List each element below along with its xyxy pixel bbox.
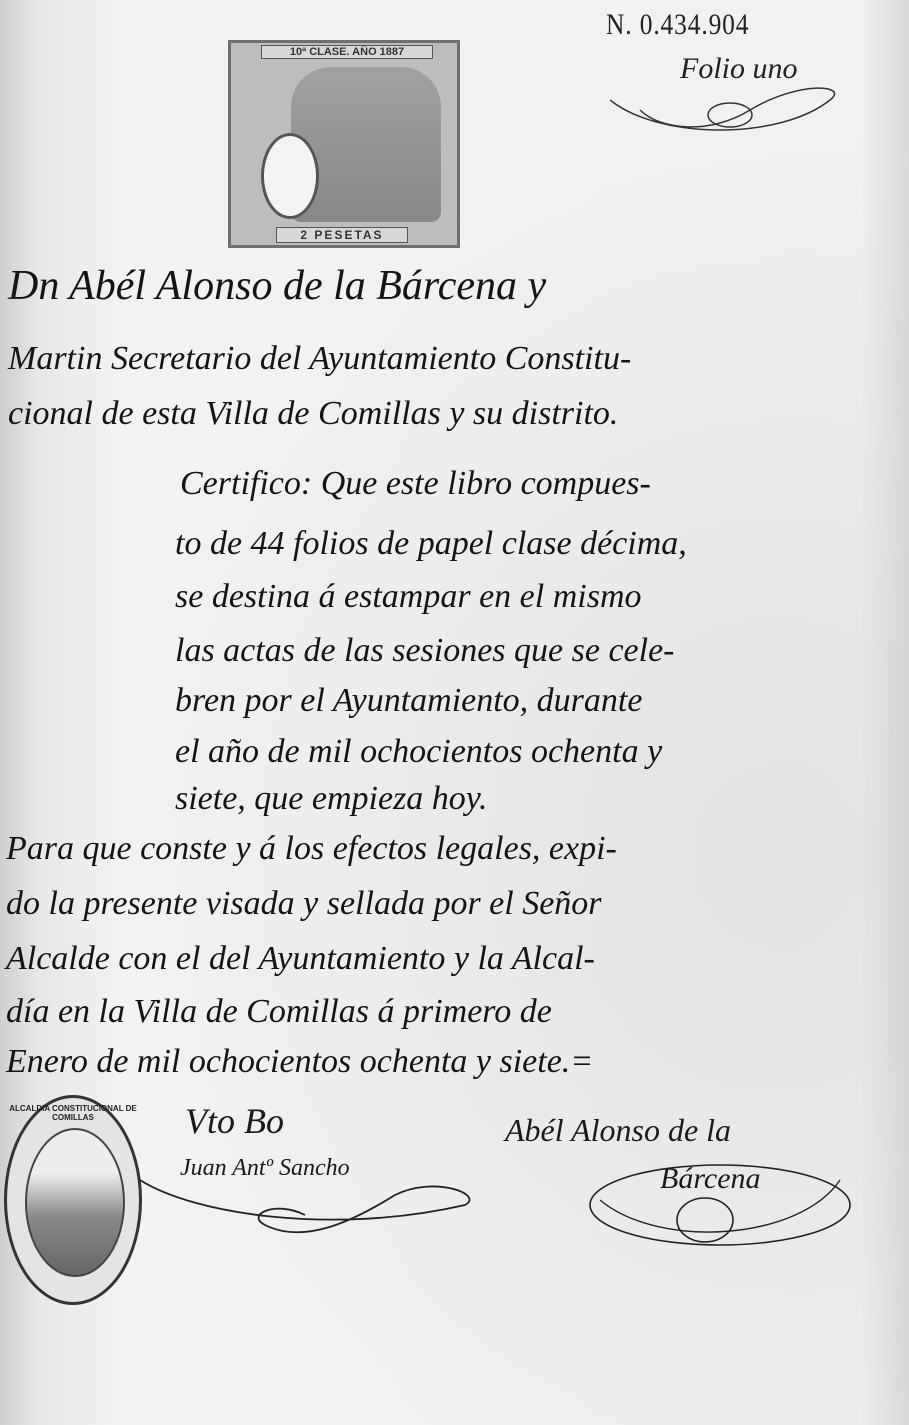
heading-line-2: Martin Secretario del Ayuntamiento Const…: [8, 340, 631, 378]
approval-mark: Vto Bo: [185, 1100, 284, 1142]
closing-line-4: día en la Villa de Comillas á primero de: [6, 993, 552, 1031]
revenue-stamp: 10ª CLASE. AÑO 1887 2 PESETAS: [228, 40, 460, 248]
stamp-value-label: 2 PESETAS: [276, 227, 408, 243]
seal-emblem-icon: [25, 1128, 125, 1277]
stamp-class-label: 10ª CLASE. AÑO 1887: [261, 45, 433, 59]
certificate-line-3: se destina á estampar en el mismo: [175, 578, 642, 616]
certificate-line-1: Certifico: Que este libro compues-: [180, 465, 651, 503]
certificate-line-4: las actas de las sesiones que se cele-: [175, 632, 675, 670]
closing-line-3: Alcalde con el del Ayuntamiento y la Alc…: [6, 940, 595, 978]
closing-line-5: Enero de mil ochocientos ochenta y siete…: [6, 1043, 593, 1081]
closing-line-1: Para que conste y á los efectos legales,…: [6, 830, 617, 868]
mayor-flourish-icon: [135, 1175, 485, 1255]
municipal-seal: ALCALDIA CONSTITUCIONAL DE COMILLAS: [4, 1095, 142, 1305]
folio-flourish-icon: [600, 80, 860, 160]
heading-line-1: Dn Abél Alonso de la Bárcena y: [8, 262, 546, 310]
seal-text: ALCALDIA CONSTITUCIONAL DE COMILLAS: [7, 1104, 139, 1122]
closing-line-2: do la presente visada y sellada por el S…: [6, 885, 602, 923]
serial-number: N. 0.434.904: [606, 8, 749, 42]
secretary-signature-line-1: Abél Alonso de la: [505, 1112, 731, 1149]
heading-line-3: cional de esta Villa de Comillas y su di…: [8, 395, 618, 433]
stamp-oval: [261, 133, 319, 219]
certificate-line-6: el año de mil ochocientos ochenta y: [175, 733, 662, 771]
certificate-line-7: siete, que empieza hoy.: [175, 780, 488, 818]
secretary-flourish-icon: [580, 1150, 860, 1260]
certificate-line-5: bren por el Ayuntamiento, durante: [175, 682, 642, 720]
certificate-line-2: to de 44 folios de papel clase décima,: [175, 525, 687, 563]
